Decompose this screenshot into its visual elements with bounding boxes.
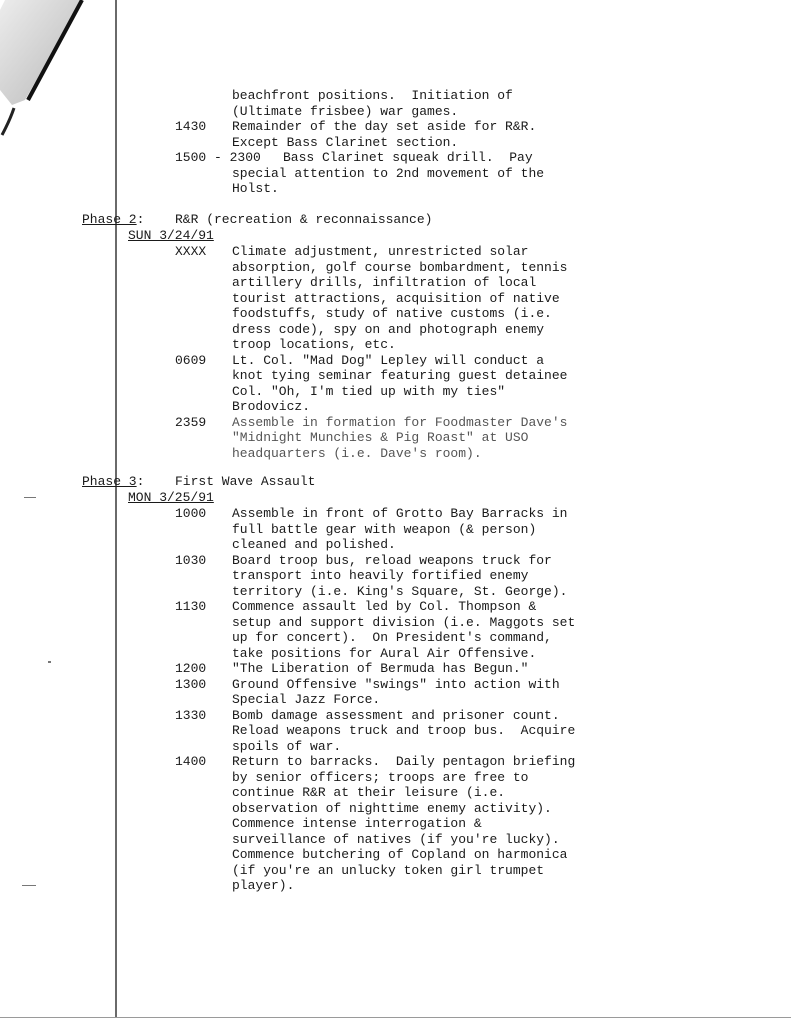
entry-text-line: territory (i.e. King's Square, St. Georg… bbox=[232, 584, 567, 600]
entry-text-line: Assemble in front of Grotto Bay Barracks… bbox=[232, 506, 567, 522]
entry-time: 1030 bbox=[175, 553, 206, 569]
entry-time: 1400 bbox=[175, 754, 206, 770]
entry-time: 2359 bbox=[175, 415, 206, 431]
entry-text-line: player). bbox=[232, 878, 294, 894]
entry-text-line: knot tying seminar featuring guest detai… bbox=[232, 368, 567, 384]
entry-time: 1300 bbox=[175, 677, 206, 693]
entry-text-line: Lt. Col. "Mad Dog" Lepley will conduct a bbox=[232, 353, 544, 369]
scan-speck bbox=[22, 885, 36, 886]
phase-label: Phase 3 bbox=[82, 474, 137, 490]
entry-text-line: setup and support division (i.e. Maggots… bbox=[232, 615, 575, 631]
entry-text-line: Commence intense interrogation & bbox=[232, 816, 482, 832]
entry-time: 1330 bbox=[175, 708, 206, 724]
entry-text-line: by senior officers; troops are free to bbox=[232, 770, 528, 786]
phase-title: First Wave Assault bbox=[175, 474, 315, 490]
entry-text-line: dress code), spy on and photograph enemy bbox=[232, 322, 544, 338]
entry-text-line: take positions for Aural Air Offensive. bbox=[232, 646, 536, 662]
entry-text-line: observation of nighttime enemy activity)… bbox=[232, 801, 552, 817]
entry-text-line: Special Jazz Force. bbox=[232, 692, 380, 708]
phase-colon: : bbox=[137, 474, 145, 490]
entry-text-line: "The Liberation of Bermuda has Begun." bbox=[232, 661, 528, 677]
entry-time: 1200 bbox=[175, 661, 206, 677]
margin-rule-vertical bbox=[115, 0, 117, 1018]
phase-date: MON 3/25/91 bbox=[128, 490, 214, 506]
entry-text-line: Assemble in formation for Foodmaster Dav… bbox=[232, 415, 567, 431]
entry-text-line: Board troop bus, reload weapons truck fo… bbox=[232, 553, 552, 569]
entry-text-line: cleaned and polished. bbox=[232, 537, 396, 553]
entry-time: XXXX bbox=[175, 244, 206, 260]
entry-time: 0609 bbox=[175, 353, 206, 369]
entry-text-line: foodstuffs, study of native customs (i.e… bbox=[232, 306, 552, 322]
phase-title: R&R (recreation & reconnaissance) bbox=[175, 212, 432, 228]
entry-text-line: artillery drills, infiltration of local bbox=[232, 275, 536, 291]
entry-text-line: Reload weapons truck and troop bus. Acqu… bbox=[232, 723, 575, 739]
phase-label: Phase 2 bbox=[82, 212, 137, 228]
entry-text-line: Bomb damage assessment and prisoner coun… bbox=[232, 708, 560, 724]
phase-date: SUN 3/24/91 bbox=[128, 228, 214, 244]
entry-text-line: Climate adjustment, unrestricted solar bbox=[232, 244, 528, 260]
entry-text-line: surveillance of natives (if you're lucky… bbox=[232, 832, 560, 848]
entry-text-line: continue R&R at their leisure (i.e. bbox=[232, 785, 505, 801]
scanned-page: beachfront positions. Initiation of(Ulti… bbox=[0, 0, 791, 1023]
entry-time: 1500 - 2300 bbox=[175, 150, 261, 166]
scan-smudge-mark bbox=[0, 0, 90, 140]
entry-text-line: Except Bass Clarinet section. bbox=[232, 135, 458, 151]
phase-colon: : bbox=[137, 212, 145, 228]
entry-text-line: troop locations, etc. bbox=[232, 337, 396, 353]
entry-text-line: Commence assault led by Col. Thompson & bbox=[232, 599, 536, 615]
entry-text-line: Brodovicz. bbox=[232, 399, 310, 415]
scan-speck bbox=[24, 497, 36, 498]
entry-text-line: "Midnight Munchies & Pig Roast" at USO bbox=[232, 430, 528, 446]
entry-text-line: absorption, golf course bombardment, ten… bbox=[232, 260, 567, 276]
entry-text-line: (if you're an unlucky token girl trumpet bbox=[232, 863, 544, 879]
entry-text-line: up for concert). On President's command, bbox=[232, 630, 552, 646]
entry-text-line: (Ultimate frisbee) war games. bbox=[232, 104, 458, 120]
margin-rule-bottom bbox=[0, 1017, 791, 1018]
entry-text-line: Commence butchering of Copland on harmon… bbox=[232, 847, 567, 863]
entry-time: 1000 bbox=[175, 506, 206, 522]
entry-text-line: Holst. bbox=[232, 181, 279, 197]
entry-text-line: special attention to 2nd movement of the bbox=[232, 166, 544, 182]
entry-text-line: Remainder of the day set aside for R&R. bbox=[232, 119, 536, 135]
entry-text-line: spoils of war. bbox=[232, 739, 341, 755]
entry-text-line: headquarters (i.e. Dave's room). bbox=[232, 446, 482, 462]
scan-speck bbox=[48, 661, 51, 663]
entry-text-line: Return to barracks. Daily pentagon brief… bbox=[232, 754, 575, 770]
entry-time: 1430 bbox=[175, 119, 206, 135]
entry-text-line: Ground Offensive "swings" into action wi… bbox=[232, 677, 560, 693]
entry-text-line: full battle gear with weapon (& person) bbox=[232, 522, 536, 538]
entry-time: 1130 bbox=[175, 599, 206, 615]
entry-text-line: Bass Clarinet squeak drill. Pay bbox=[283, 150, 533, 166]
entry-text-line: beachfront positions. Initiation of bbox=[232, 88, 513, 104]
entry-text-line: transport into heavily fortified enemy bbox=[232, 568, 528, 584]
entry-text-line: tourist attractions, acquisition of nati… bbox=[232, 291, 560, 307]
entry-text-line: Col. "Oh, I'm tied up with my ties" bbox=[232, 384, 505, 400]
